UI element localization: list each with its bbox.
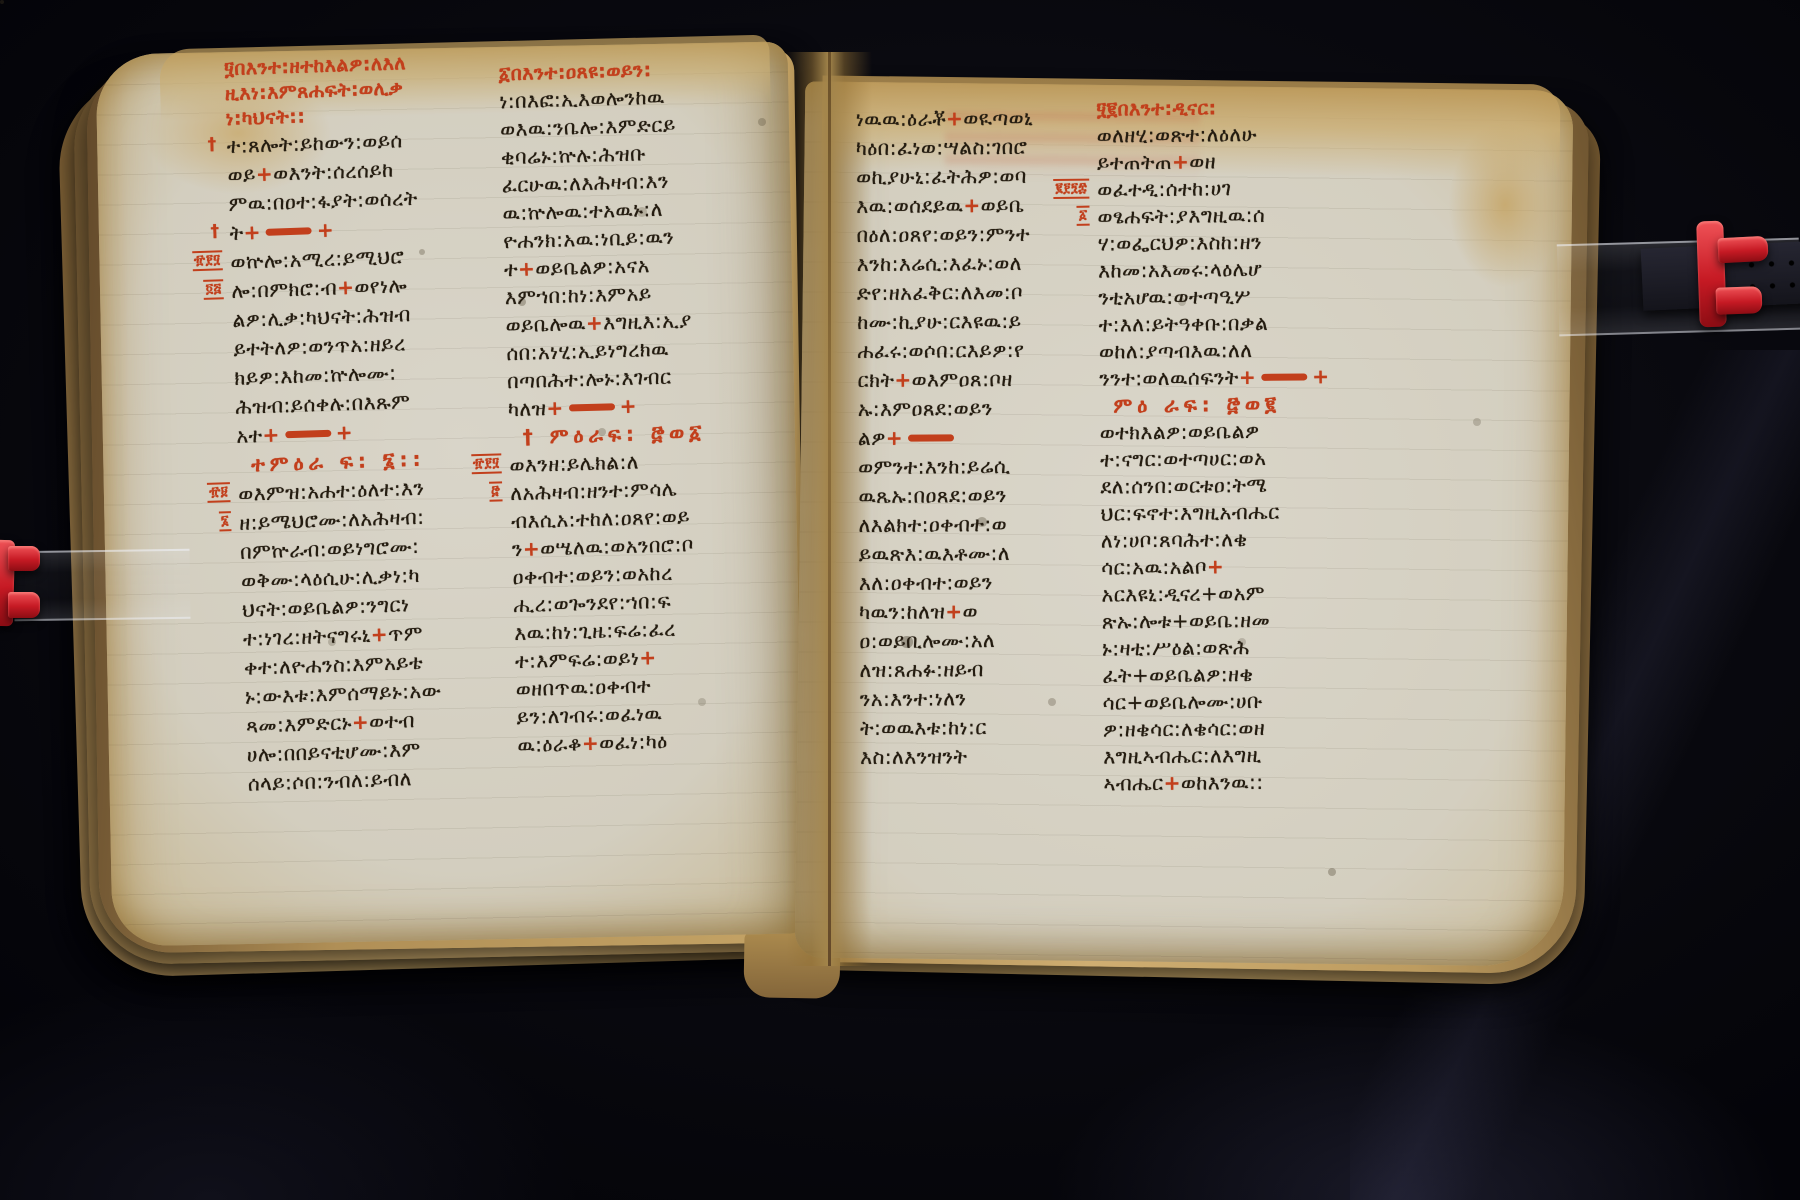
text-segment: ሒረ:ወጐንደየ:ኀበ:ፍ xyxy=(513,589,671,617)
text-line: ምዕ ራፍ: ፸ወ፪ xyxy=(1099,389,1401,419)
text-segment: ክይዎ:እከመ:ኵሎሙ: xyxy=(234,361,397,390)
text-segment: ት:ወዉእቱ:ከነ:ር xyxy=(860,715,987,740)
rubric-segment: + xyxy=(619,394,637,418)
rubric-segment: + xyxy=(1207,554,1225,578)
margin-mark: ፹፻፶ xyxy=(471,453,502,474)
text-line: ሳር+ወይቤሎሙ:ሀቡ xyxy=(1103,686,1405,716)
text-segment: ወተብ xyxy=(369,708,416,734)
text-segment: ህር:ፍኖተ:እግዚአብሔር xyxy=(1101,500,1280,526)
rubric-segment: + xyxy=(1172,150,1190,174)
red-divider-bar xyxy=(1261,373,1307,380)
text-segment: ጻመ:እምድርኑ xyxy=(246,710,353,738)
text-segment: ኣብሔር xyxy=(1103,771,1163,796)
text-segment: ወ xyxy=(962,599,978,623)
text-segment: ወዘበጥዉ:ዐቀብተ xyxy=(516,673,652,701)
text-line: ኑ:ዛቲ:ሥዕል:ወጽሕ xyxy=(1102,632,1404,662)
text-segment: ተ:ጸሎት:ይከውን:ወይሰ xyxy=(226,128,403,158)
text-segment: ዉጼኡ:በዐጸደ:ወይን xyxy=(858,483,1007,508)
text-segment: ወእምዝ:አሐተ:ዕለተ:እን xyxy=(238,476,425,506)
text-segment: ወይቤ xyxy=(981,193,1025,217)
rubric-segment: + xyxy=(316,218,334,243)
text-segment: ሀሎ:በበይናቲሆሙ:እም xyxy=(247,737,422,767)
text-segment: ወምንተ:እንከ:ይሬሲ xyxy=(858,454,1010,479)
text-segment: ነ:በእፎ:ኢእወሎንከዉ xyxy=(499,85,665,114)
text-line: ወለዘሂ:ወጽተ:ለዕለሁ xyxy=(1097,119,1399,149)
text-segment: እንከ:እሬሲ:እፈኑ:ወለ xyxy=(857,251,1022,276)
text-segment: ፈርሁዉ:ለእሕዛብ:እን xyxy=(501,169,669,198)
text-segment: ሃ:ወፌርህዎ:እስከ:ዘን xyxy=(1098,230,1262,256)
red-buckle-arm xyxy=(1716,286,1763,315)
margin-mark: † xyxy=(205,134,219,155)
text-line: ዎ:ዘቄሳር:ለቄሳር:ወዘ xyxy=(1103,713,1405,743)
text-line: ለነ:ሀቦ:ጸባሕተ:ለቄ xyxy=(1101,524,1403,554)
text-segment: ን xyxy=(512,537,524,561)
text-segment: ይዉጽእ:ዉእቶሙ:ለ xyxy=(859,541,1010,566)
text-segment: ኑ:ዛቲ:ሥዕል:ወጽሕ xyxy=(1102,635,1250,661)
text-line: ሃ:ወፌርህዎ:እስከ:ዘን xyxy=(1098,227,1400,257)
rubric-segment: + xyxy=(262,422,280,447)
rubric-segment: ነ:ካህናት:: xyxy=(225,105,305,130)
text-segment: ወኪያሁኒ:ፈትሕዎ:ወባ xyxy=(856,164,1027,189)
red-clip-arm xyxy=(8,592,40,618)
text-line: ተ:ናግር:ወተጣሀር:ወአ xyxy=(1100,443,1402,473)
text-segment: ወይቤሎዉ xyxy=(505,311,586,337)
text-segment: ጽኡ:ሎቱ+ወይቤ:ዘመ xyxy=(1102,608,1271,634)
text-segment: ለእልክተ:ዐቀብተ:ወ xyxy=(859,512,1008,537)
text-segment: ሰላይ:ሶበ:ንብለ:ይብለ xyxy=(247,766,412,795)
text-segment: ተ xyxy=(504,257,519,281)
text-segment: ወይቤልዎ:አናአ xyxy=(535,253,650,280)
text-line: ንንተ:ወለዉሰፍንት++ xyxy=(1099,362,1401,392)
red-clip-arm xyxy=(8,546,40,571)
text-segment: ወኵሎ:አሚረ:ይሚህሮ xyxy=(230,244,404,274)
text-line: ደለ:ሰንበ:ወርቱዐ:ትሜ xyxy=(1100,470,1402,500)
red-divider-bar xyxy=(266,227,312,236)
rubric-segment: † ምዕራፍ: ፸ወ፩ xyxy=(522,420,706,449)
text-line: ፩ወፄሐፍት:ያእግዚዉ:ሰ xyxy=(1097,200,1399,230)
rubric-segment: ፩በእንተ:ዐጸዩ:ወይን: xyxy=(498,59,652,85)
text-segment: ህናት:ወይቤልዎ:ንግርነ xyxy=(242,592,410,622)
text-segment: እከመ:አእመሩ:ላዕሌሆ xyxy=(1098,257,1262,283)
text-segment: ይተትለዎ:ወንጥአ:ዘይረ xyxy=(233,331,406,361)
text-segment: ተ:ነገረ:ዘትናግሩኒ xyxy=(243,623,372,651)
rubric-segment: + xyxy=(523,536,541,560)
rubric-segment: ምዕ ራፍ: ፸ወ፪ xyxy=(1113,392,1281,418)
text-segment: ድየ:ዘአፈቅር:ለእመ:ቦ xyxy=(857,280,1023,305)
text-segment: እግዚኣብሔር:ለእግዚ xyxy=(1103,743,1262,769)
text-segment: ካለዝ xyxy=(508,396,547,421)
text-segment: ሐፈሩ:ወሶበ:ርእይዎ:የ xyxy=(857,338,1024,363)
margin-mark: † xyxy=(208,221,222,242)
text-segment: ንንተ:ወለዉሰፍንት xyxy=(1099,365,1239,390)
text-segment: ዎ:ዘቄሳር:ለቄሳር:ወዘ xyxy=(1103,716,1265,742)
acrylic-strap-left xyxy=(14,549,191,621)
text-line: አርእዩኒ:ዲናረ+ወአም xyxy=(1101,578,1403,608)
text-line: እግዚኣብሔር:ለእግዚ xyxy=(1103,740,1405,770)
parchment-specks xyxy=(0,0,4,4)
text-line: ጽኡ:ሎቱ+ወይቤ:ዘመ xyxy=(1102,605,1404,635)
text-segment: ዘ:ይሜህሮሙ:ለአሕዛብ: xyxy=(239,505,425,535)
rubric-segment: + xyxy=(518,256,536,280)
text-line: ፶፪በእንተ:ዲናር: xyxy=(1096,94,1398,122)
rubric-segment: + xyxy=(886,426,903,450)
rubric-segment: + xyxy=(370,622,388,647)
text-segment: እግዚእ:ኢያ xyxy=(603,308,692,334)
text-segment: ሳር:አዉ:አልቦ xyxy=(1101,554,1207,579)
text-segment: እስ:ለእንዝንት xyxy=(860,744,967,769)
text-segment: ካዕበ:ፈነወ:ሣልስ:ገበሮ xyxy=(856,135,1028,160)
margin-mark: ፹፻፶ xyxy=(192,250,223,271)
rubric-segment: + xyxy=(546,396,564,420)
text-line: ህር:ፍኖተ:እግዚአብሔር xyxy=(1101,497,1403,527)
rubric-segment: ዚእነ:እምጸሐፍት:ወሊቃ xyxy=(225,77,404,105)
rubric-segment: + xyxy=(255,162,273,187)
text-segment: ኑ:ውእቱ:እምሰማይኑ:አው xyxy=(245,678,442,708)
text-segment: ት xyxy=(229,221,244,245)
text-segment: ወከእንዉ:: xyxy=(1181,770,1264,795)
text-segment: ቀተ:ለዮሐንስ:እምአይቴ xyxy=(244,650,424,680)
text-line: ፪፻፺፰ወፈተዲ:ሰተከ:ሀገ xyxy=(1097,173,1399,203)
rubric-segment: + xyxy=(894,368,911,392)
left-page-column-1: ፶በእንተ:ዘተከእልዎ:ለእለዚእነ:እምጸሐፍት:ወሊቃነ:ካህናት::†ተ… xyxy=(224,47,544,798)
text-segment: ዮሐንክ:አዉ:ነቢይ:ዉን xyxy=(503,225,675,254)
text-segment: ወለዘሂ:ወጽተ:ለዕለሁ xyxy=(1097,122,1257,148)
red-divider-bar xyxy=(569,403,615,411)
text-segment: በምኵራብ:ወይነግሮሙ: xyxy=(240,534,420,564)
margin-mark: ፸ xyxy=(489,481,503,502)
text-segment: ደለ:ሰንበ:ወርቱዐ:ትሜ xyxy=(1100,473,1267,499)
text-segment: ካዉን:ከለዝ xyxy=(859,599,945,624)
text-segment: ሎ:በምክሮ:ብ xyxy=(231,275,337,302)
text-segment: ምዉ:በዐተ:ፋያት:ወሰረት xyxy=(228,186,418,216)
text-segment: እዉ:ወሰደይዉ xyxy=(856,193,963,218)
text-segment: ዐቀብተ:ወይን:ወአከረ xyxy=(512,561,673,589)
rubric-segment: + xyxy=(337,275,355,300)
rubric-segment: + xyxy=(351,710,369,735)
text-segment: ተ:እምፍሬ:ወይነ xyxy=(515,646,640,673)
red-divider-bar xyxy=(285,429,331,438)
rubric-segment: + xyxy=(1239,365,1257,389)
text-segment: ወፈነ:ካዕ xyxy=(599,729,668,755)
text-segment: ብእሲአ:ተከለ:ዐጸየ:ወይ xyxy=(511,504,691,533)
text-segment: ሰበ:አነሂ:ኢይነግረክዉ xyxy=(506,337,669,366)
open-manuscript: ፶በእንተ:ዘተከእልዎ:ለእለዚእነ:እምጸሐፍት:ወሊቃነ:ካህናት::†ተ… xyxy=(0,0,1800,1200)
text-segment: ወሤለዉ:ወአንበሮ:ቦ xyxy=(540,532,694,560)
text-line: ፈት+ወይቤልዎ:ዘቄ xyxy=(1102,659,1404,689)
text-line: ወከለ:ያጣብእዉ:ለለ xyxy=(1099,335,1401,365)
text-segment: ወየነሎ xyxy=(354,273,407,299)
text-segment: ዐ:ወይቢሎሙ:አለ xyxy=(859,628,995,653)
text-segment: ንአ:እንተ:ነለን xyxy=(860,686,967,711)
text-line: ይተጠትጠ+ወዘ xyxy=(1097,146,1399,176)
margin-mark: ፪፻፺፰ xyxy=(1053,179,1089,200)
text-segment: ልዎ xyxy=(858,426,886,450)
text-segment: አተ xyxy=(236,423,263,448)
text-segment: ወፈተዲ:ሰተከ:ሀገ xyxy=(1097,176,1231,201)
text-segment: ይተጠትጠ xyxy=(1097,150,1172,175)
rubric-segment: ፶፪በእንተ:ዲናር: xyxy=(1096,97,1216,120)
rubric-segment: + xyxy=(243,220,261,245)
text-segment: ሳር+ወይቤሎሙ:ሀቡ xyxy=(1103,689,1264,715)
text-segment: ተ:እለ:ይትዓቀቡ:በቃል xyxy=(1099,311,1269,337)
right-page-strap xyxy=(1558,205,1800,350)
text-segment: ይን:ለገብሩ:ወፈነዉ xyxy=(516,701,662,729)
text-segment: ልዎ:ሊቃ:ካህናት:ሕዝብ xyxy=(232,302,411,332)
text-segment: በጣበሕተ:ሎኑ:እገብር xyxy=(507,365,672,394)
text-segment: ወእንዘ:ይሌክል:ለ xyxy=(509,450,639,478)
text-segment: እዉ:ከነ:ጊዜ:ፍሬ:ፈረ xyxy=(514,617,676,646)
text-segment: ለነ:ሀቦ:ጸባሕተ:ለቄ xyxy=(1101,527,1248,553)
text-segment: ርክት xyxy=(858,368,895,392)
text-segment: ለዝ:ጸሐፉ:ዘይብ xyxy=(860,657,984,682)
text-segment: ወእዉ:ንቤሎ:እምድርይ xyxy=(500,112,676,141)
text-line: ኣብሔር+ወከእንዉ:: xyxy=(1103,767,1405,797)
text-segment: ዉ:ኵሎዉ:ተአዉኑ:ለ xyxy=(502,197,663,225)
rubric-segment: + xyxy=(582,731,600,755)
text-segment: ወዘ xyxy=(1189,149,1216,173)
text-segment: አርእዩኒ:ዲናረ+ወአም xyxy=(1101,581,1265,607)
text-line: እከመ:አእመሩ:ላዕሌሆ xyxy=(1098,254,1400,284)
text-segment: ወእንት:ሰረሰይከ xyxy=(273,158,394,186)
text-segment: ተ:ናግር:ወተጣሀር:ወአ xyxy=(1100,446,1267,472)
text-segment: እምኀበ:ከነ:እምአይ xyxy=(505,281,652,309)
rubric-segment: + xyxy=(335,420,353,445)
text-line: ተ:እለ:ይትዓቀቡ:በቃል xyxy=(1099,308,1401,338)
text-segment: ወከለ:ያጣብእዉ:ለለ xyxy=(1099,338,1253,364)
text-segment: ወፄሐፍት:ያእግዚዉ:ሰ xyxy=(1097,203,1265,229)
text-segment: ወይ xyxy=(227,162,256,187)
left-page-clip xyxy=(0,540,210,632)
margin-mark: ፹፱ xyxy=(207,482,231,503)
text-line: ሳር:አዉ:አልቦ+ xyxy=(1101,551,1403,581)
text-segment: ጥም xyxy=(388,621,424,646)
margin-mark: ፮ xyxy=(219,511,232,532)
text-segment: ቂባሬኑ:ኵሉ:ሕዝቡ xyxy=(501,141,647,169)
text-line: ንቲአሆዉ:ወተጣዒሦ xyxy=(1098,281,1400,311)
red-buckle-arm xyxy=(1717,236,1768,264)
red-divider-bar xyxy=(908,434,954,441)
rubric-segment: + xyxy=(963,193,980,217)
rubric-segment: ተምዕራ ፍ: ፮:: xyxy=(251,447,426,477)
text-segment: ወተክእልዎ:ወይቤልዎ xyxy=(1100,419,1260,445)
text-segment: ነዉዉ:ዕራቾ xyxy=(856,106,946,131)
text-segment: ሕዝብ:ይሰቀሉ:በእጹም xyxy=(235,389,411,419)
rubric-segment: + xyxy=(639,645,657,669)
left-page-column-2: ፩በእንተ:ዐጸዩ:ወይን:ነ:በእፎ:ኢእወሎንከዉወእዉ:ንቤሎ:እምድርይ… xyxy=(498,54,819,759)
text-segment: ወቅሙ:ላዕሲሁ:ሊቃነ:ካ xyxy=(241,563,421,593)
text-segment: ንቲአሆዉ:ወተጣዒሦ xyxy=(1098,284,1251,310)
text-segment: ከሙ:ኪያሁ:ርእዩዉ:ይ xyxy=(857,309,1021,334)
text-segment: ለአሕዛብ:ዘንተ:ምሳሌ xyxy=(510,477,677,506)
text-segment: ወእምዐጸ:ቦዘ xyxy=(912,367,1013,392)
text-segment: ፈት+ወይቤልዎ:ዘቄ xyxy=(1102,662,1253,688)
text-segment: ኡ:እምዐጸደ:ወይን xyxy=(858,396,993,421)
text-segment: ዉ:ዕራቆ xyxy=(517,731,582,757)
rubric-segment: + xyxy=(1312,364,1330,388)
text-line: ወተክእልዎ:ወይቤልዎ xyxy=(1100,416,1402,446)
text-segment: ወዪጣወኒ xyxy=(963,106,1033,130)
text-segment: እለ:ዐቀብተ:ወይን xyxy=(859,570,993,595)
margin-mark: ፩ xyxy=(1077,206,1090,226)
rubric-segment: + xyxy=(586,311,604,335)
rubric-segment: + xyxy=(1164,771,1182,795)
text-segment: በዕለ:ዐጸየ:ወይን:ምንተ xyxy=(856,222,1030,247)
right-page-column-2: ፶፪በእንተ:ዲናር:ወለዘሂ:ወጽተ:ለዕለሁይተጠትጠ+ወዘ፪፻፺፰ወፈተዲ… xyxy=(1096,94,1405,797)
black-cloth-backdrop: ፶በእንተ:ዘተከእልዎ:ለእለዚእነ:እምጸሐፍት:ወሊቃነ:ካህናት::†ተ… xyxy=(0,0,1800,1200)
rubric-segment: + xyxy=(945,599,962,623)
rubric-segment: + xyxy=(946,106,963,130)
margin-mark: ፬፭ xyxy=(204,279,224,300)
rubric-segment: ፶በእንተ:ዘተከእልዎ:ለእለ xyxy=(224,52,406,80)
